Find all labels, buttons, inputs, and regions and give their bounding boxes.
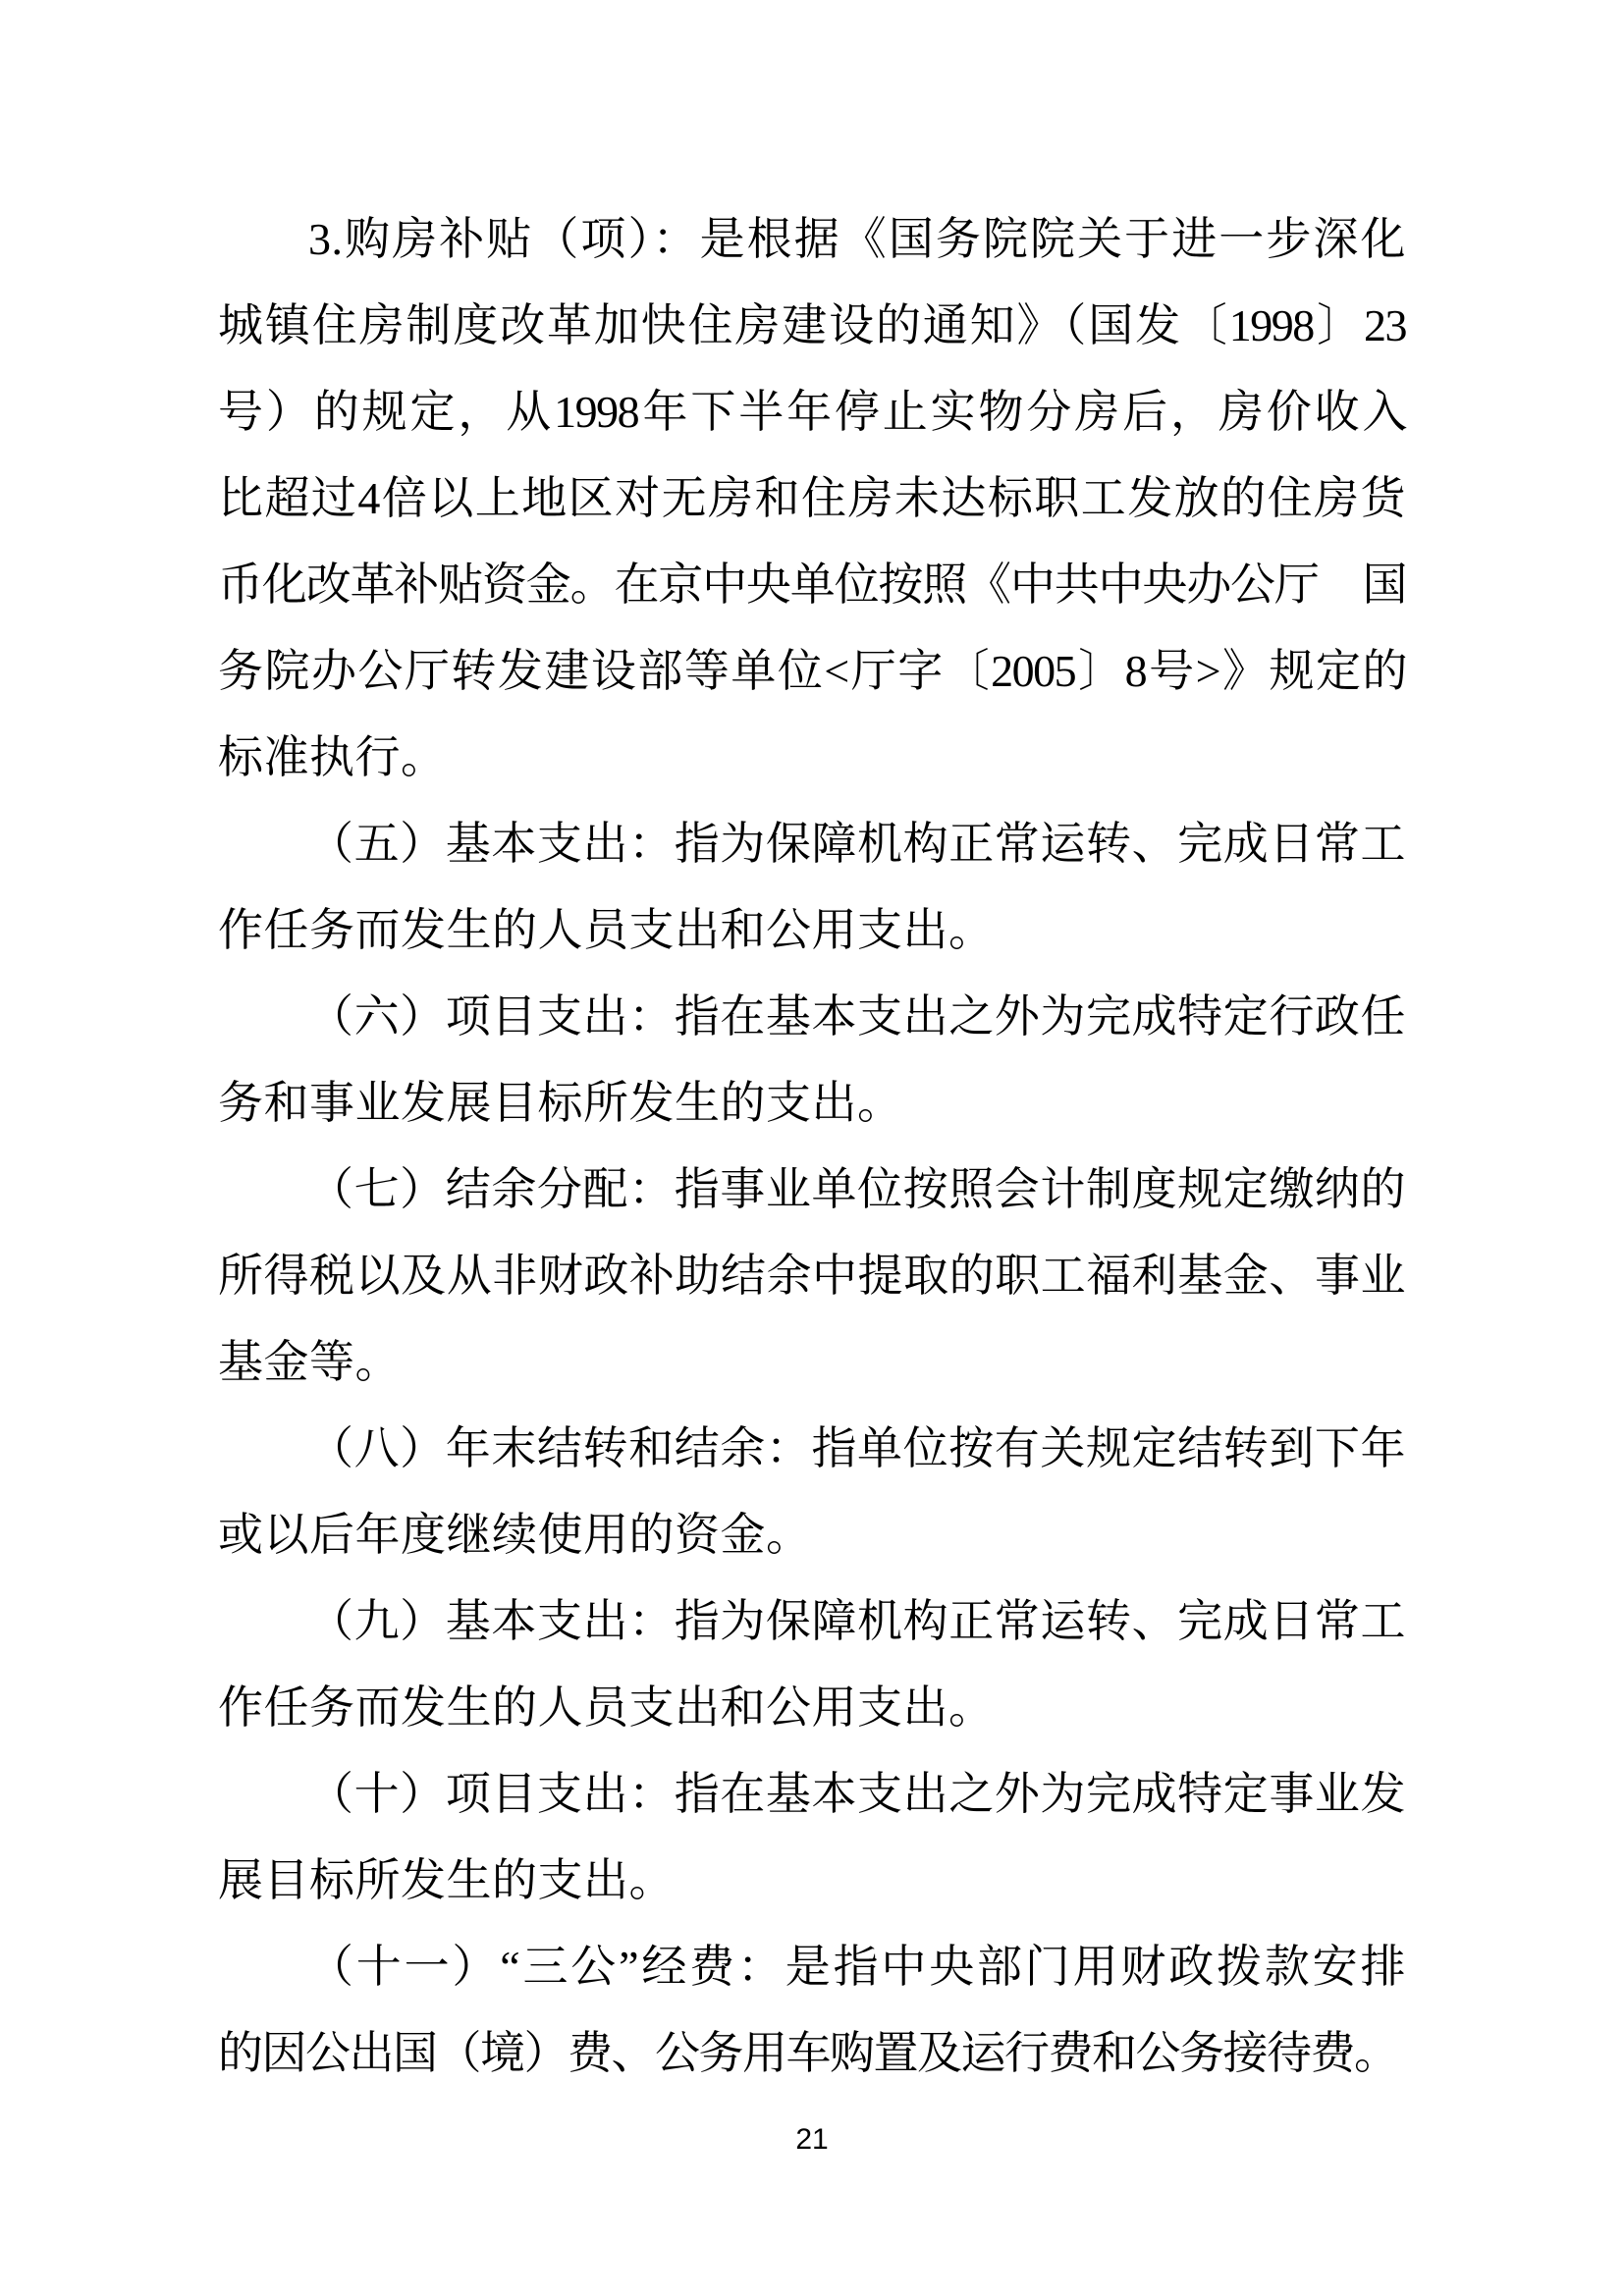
text-line: （六）项目支出：指在基本支出之外为完成特定行政任 [218,974,1406,1060]
text-line: 号）的规定，从1998年下半年停止实物分房后，房价收入 [218,369,1406,455]
text-line: （七）结余分配：指事业单位按照会计制度规定缴纳的 [218,1147,1406,1233]
text-line: 3.购房补贴（项）：是根据《国务院院关于进一步深化 [218,196,1406,283]
text-line: 的因公出国（境）费、公务用车购置及运行费和公务接待费。 [218,2010,1406,2097]
text-line: 标准执行。 [218,715,1406,801]
text-line: 比超过4倍以上地区对无房和住房未达标职工发放的住房货 [218,455,1406,542]
document-page: 3.购房补贴（项）：是根据《国务院院关于进一步深化城镇住房制度改革加快住房建设的… [0,0,1624,2296]
text-line: 作任务而发生的人员支出和公用支出。 [218,1665,1406,1751]
text-line: （九）基本支出：指为保障机构正常运转、完成日常工 [218,1578,1406,1665]
page-number: 21 [0,2118,1624,2162]
text-line: 所得税以及从非财政补助结余中提取的职工福利基金、事业 [218,1233,1406,1319]
text-line: 基金等。 [218,1319,1406,1406]
text-line: 务和事业发展目标所发生的支出。 [218,1060,1406,1147]
text-line: （五）基本支出：指为保障机构正常运转、完成日常工 [218,801,1406,887]
document-body: 3.购房补贴（项）：是根据《国务院院关于进一步深化城镇住房制度改革加快住房建设的… [218,196,1406,2097]
text-line: 展目标所发生的支出。 [218,1838,1406,1924]
text-line: 作任务而发生的人员支出和公用支出。 [218,887,1406,974]
text-line: （十一）“三公”经费：是指中央部门用财政拨款安排 [218,1924,1406,2010]
text-line: 或以后年度继续使用的资金。 [218,1492,1406,1578]
text-line: （八）年末结转和结余：指单位按有关规定结转到下年 [218,1406,1406,1492]
text-line: （十）项目支出：指在基本支出之外为完成特定事业发 [218,1751,1406,1838]
text-line: 城镇住房制度改革加快住房建设的通知》（国发〔1998〕23 [218,283,1406,369]
text-line: 务院办公厅转发建设部等单位<厅字〔2005〕8号>》规定的 [218,628,1406,715]
text-line: 币化改革补贴资金。在京中央单位按照《中共中央办公厅 国 [218,542,1406,628]
